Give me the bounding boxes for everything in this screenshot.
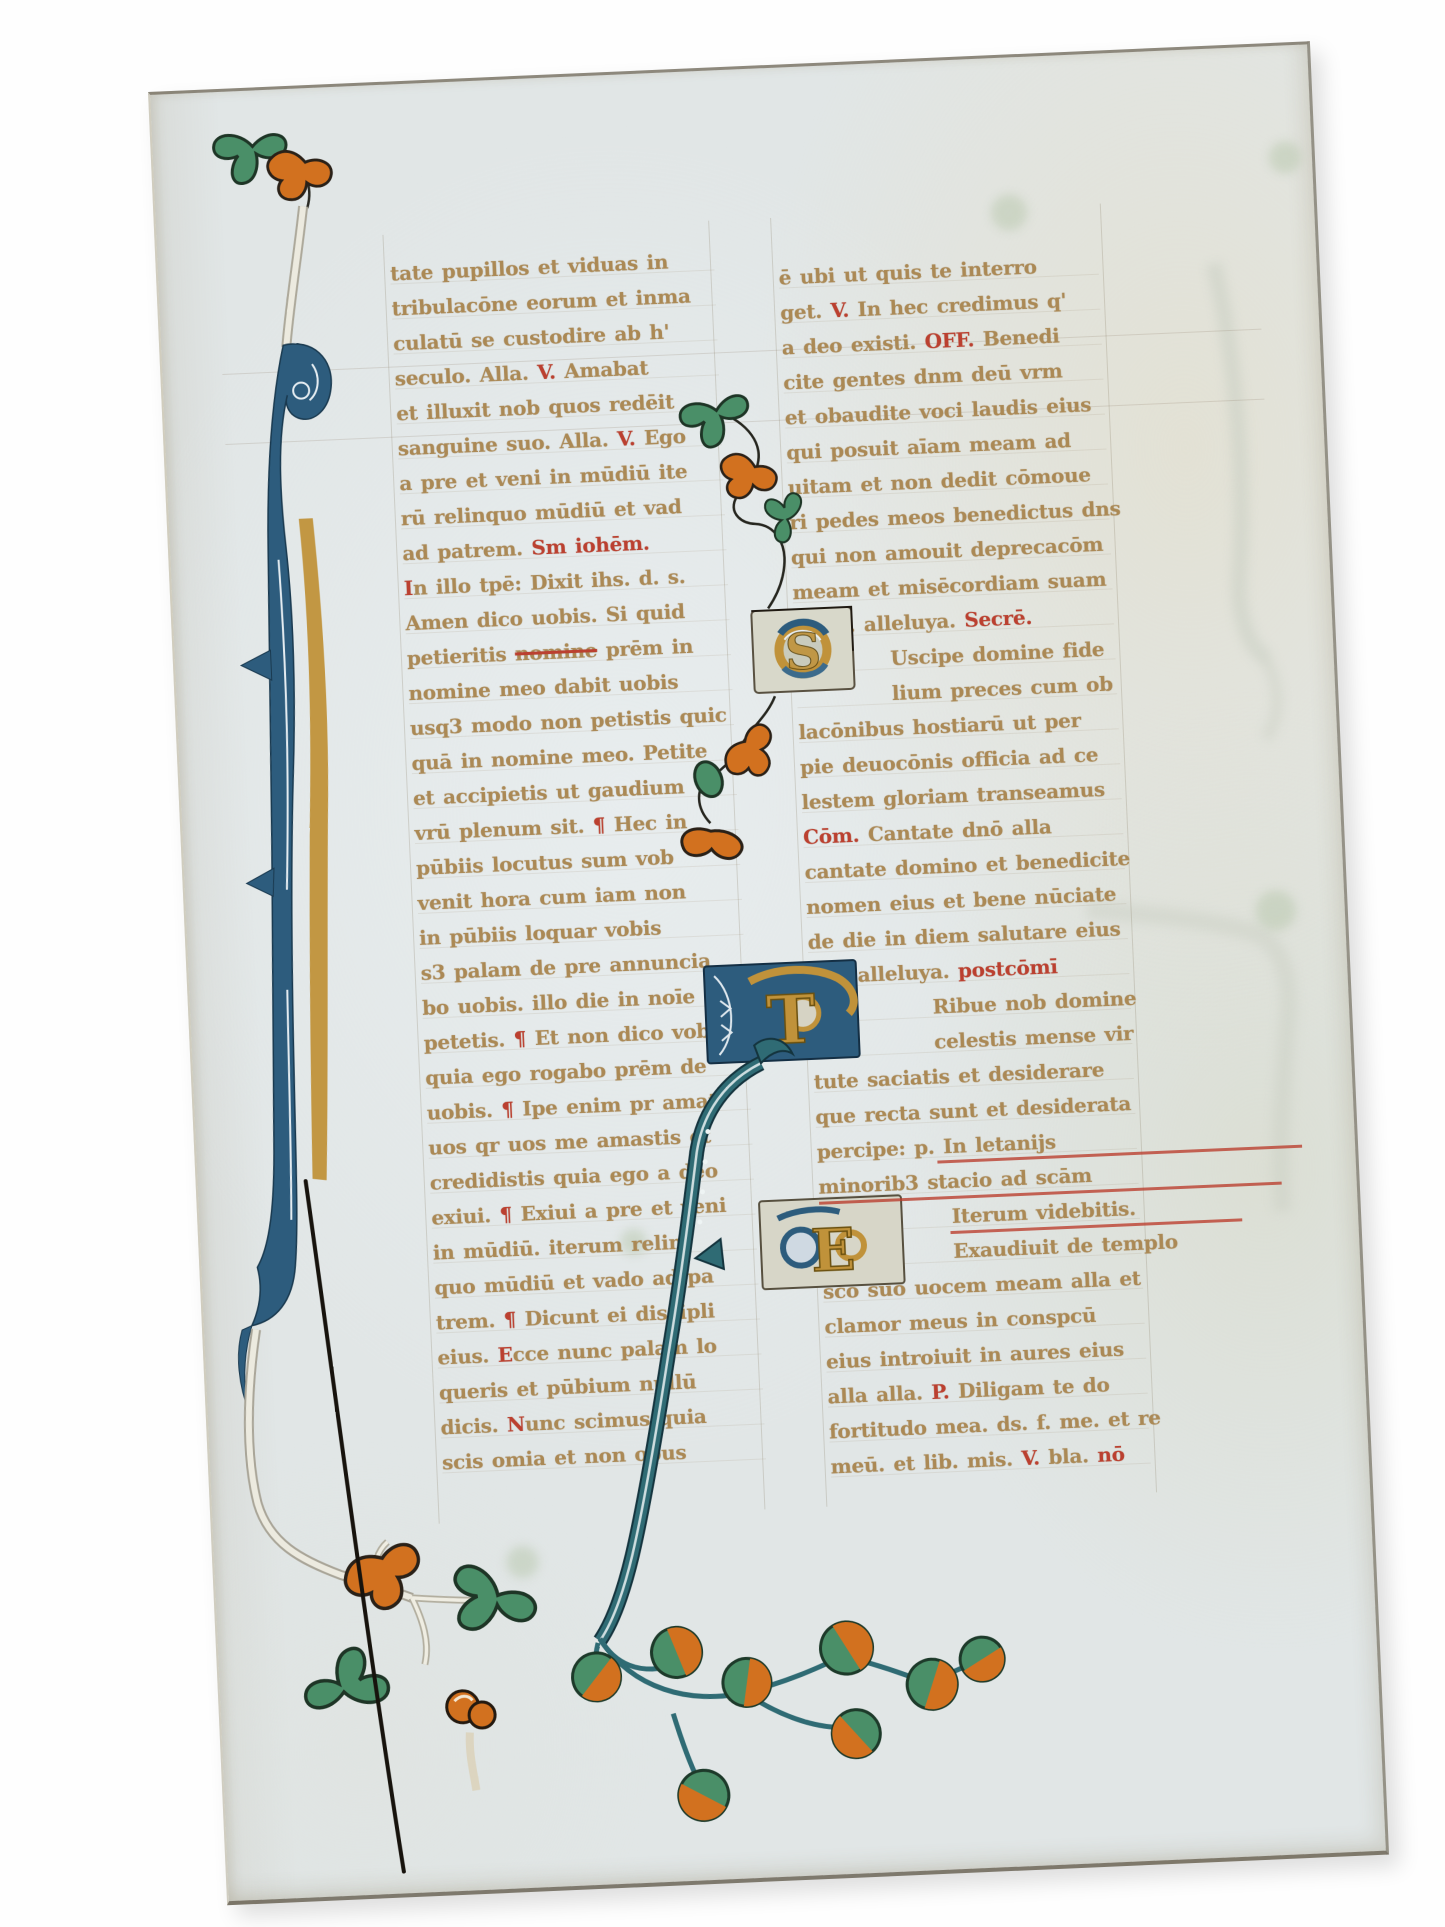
body-text: Exiui a pre et veni [511, 1193, 726, 1226]
body-text: Amen dico uobis. Si quid [405, 599, 685, 635]
body-text: de die in diem salutare eius [807, 916, 1121, 954]
body-text: Diligam te do [949, 1372, 1110, 1403]
body-text: Cantate dnō alla [859, 814, 1052, 846]
body-text: vrū plenum sit. [414, 813, 593, 845]
body-text: percipe: p. [816, 1134, 943, 1163]
body-text: unc scimus quia [524, 1404, 707, 1436]
rubric-text: V. [1021, 1445, 1040, 1470]
body-text: alle alleluya. [809, 959, 959, 989]
body-text: lium preces cum ob [891, 671, 1113, 705]
body-text: minorib3 stacio ad scām [818, 1163, 1093, 1199]
body-text: sanguine suo. Alla. [397, 427, 617, 461]
body-text: bla. [1039, 1443, 1098, 1469]
body-text: Hec in [605, 809, 688, 837]
body-text: trem. [435, 1308, 504, 1335]
body-text: lestem gloriam transeamus [801, 777, 1105, 814]
body-text: scis omia et non opus [442, 1440, 687, 1475]
body-text: Ribue nob domine [932, 986, 1137, 1019]
manuscript-leaf: tate pupillos et viduas intribulacōne eo… [148, 41, 1389, 1905]
body-text: a me. alleluya. [793, 608, 964, 639]
body-text: venit hora cum iam non [417, 879, 686, 915]
rubric-text: Sm iohēm. [531, 531, 650, 560]
body-text: n illo tpē: Dixit ihs. d. s. [412, 564, 685, 600]
body-text: uobis. [426, 1098, 502, 1125]
body-text: queris et pūbium nullū [438, 1369, 696, 1404]
body-text: eius. [437, 1343, 498, 1370]
rubric-text: nomine [514, 638, 597, 666]
rubric-text: E [497, 1342, 513, 1367]
body-text: Uscipe domine fide [890, 637, 1105, 670]
body-text: petetis. [423, 1027, 514, 1055]
rubric-text: Secrē. [964, 605, 1033, 632]
body-text: petieritis [406, 642, 515, 671]
body-text: culatū se custodire ab h' [393, 319, 670, 355]
body-text: et accipietis ut gaudium [413, 774, 685, 810]
body-text: clamor meus in conspcū [824, 1303, 1097, 1339]
rubric-text: postcōmī [957, 954, 1058, 982]
body-text: pūbiis locutus sum vob [416, 845, 675, 880]
body-text: celestis mense vir [934, 1021, 1134, 1054]
body-text: quo mūdiū et vado ad pa [434, 1263, 714, 1299]
body-text: Ipe enim pr amat [513, 1088, 718, 1121]
showthrough-ghosts [150, 44, 1386, 1901]
body-text: nomine meo dabit uobis [408, 669, 679, 705]
rubric-text: nō [1097, 1442, 1125, 1467]
body-text: cite gentes dnm deū vrm [783, 358, 1063, 394]
body-text: alla alla. [827, 1380, 932, 1409]
body-text: a deo existi. [781, 329, 925, 359]
photo-background: tate pupillos et viduas intribulacōne eo… [0, 0, 1445, 1927]
body-text: Amabat [555, 355, 649, 383]
body-text: Dicunt ei discipli [516, 1298, 716, 1331]
body-text: In letanijs [943, 1129, 1057, 1158]
rubric-text: Cōm. [803, 823, 860, 849]
body-text: meū. et lib. mis. [830, 1446, 1022, 1478]
rubric-text: ¶ [499, 1202, 512, 1227]
body-text: ē ubi ut quis te interro [778, 254, 1037, 289]
rubric-text: V. [537, 359, 556, 384]
body-text: bo uobis. illo die in noīe [422, 984, 696, 1020]
rubric-text: ¶ [501, 1097, 514, 1122]
body-text: et illuxit nob quos redēit [396, 389, 675, 425]
rubric-text: OFF. [924, 327, 975, 353]
rubric-text: ¶ [592, 813, 605, 838]
body-text: Ego [635, 424, 686, 450]
body-text: in pūbiis loquar vobis [419, 915, 662, 950]
body-text: exiui. [431, 1203, 500, 1230]
body-text: get. [780, 298, 831, 324]
body-text: meam et misēcordiam suam [792, 567, 1107, 605]
body-text: seculo. Alla. [394, 360, 538, 390]
text-column-left: tate pupillos et viduas intribulacōne eo… [389, 242, 766, 1480]
rubric-text: N [506, 1412, 525, 1437]
rubric-text: V. [830, 298, 849, 323]
body-text: dicis. [440, 1413, 507, 1440]
body-text: ad patrem. [402, 536, 532, 566]
body-text: In hec credimus q' [848, 288, 1066, 321]
body-text: tate pupillos et viduas in [390, 249, 669, 285]
body-text: Benedi [974, 323, 1060, 351]
body-text: prēm in [597, 634, 694, 662]
text-column-right: ē ubi ut quis te interroget. V. In hec c… [778, 247, 1151, 1485]
body-text: cce nunc palam lo [512, 1333, 717, 1366]
body-text: Exaudiuit de templo [953, 1229, 1178, 1263]
body-text: Et non dico vob [526, 1018, 711, 1050]
body-text: in mūdiū. iterum relin [432, 1230, 683, 1265]
rubric-text: P. [931, 1379, 950, 1404]
body-text: Iterum videbitis. [951, 1196, 1136, 1228]
rubric-text: V. [616, 426, 635, 451]
